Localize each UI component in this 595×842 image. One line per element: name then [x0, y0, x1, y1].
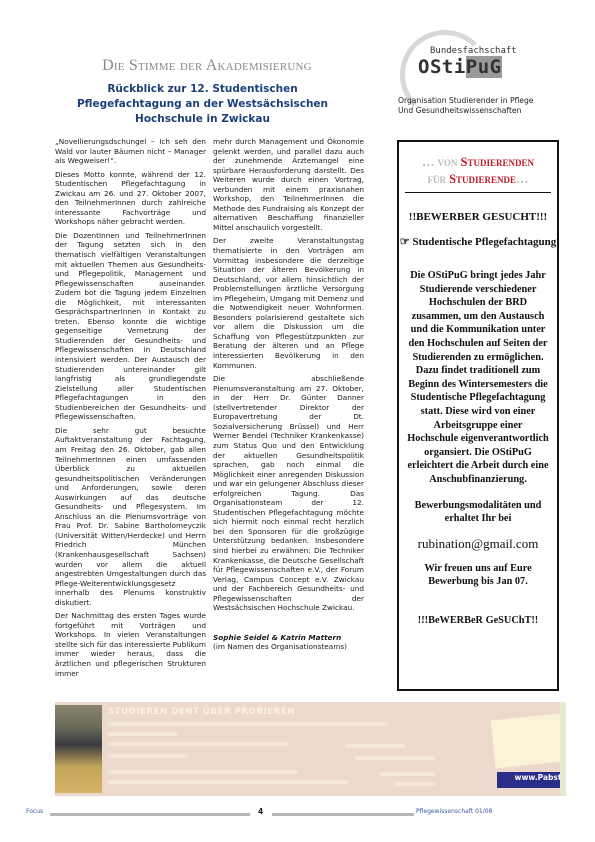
- paragraph: Der Nachmittag des ersten Tages wurde fo…: [55, 611, 206, 678]
- ad-side-strip: [560, 702, 566, 796]
- paragraph: mehr durch Management und Ökonomie gelen…: [213, 137, 364, 232]
- paragraph: „Novellierungsdschungel – Ich seh den Wa…: [55, 137, 206, 166]
- infobox-footer: !!!BeWERBeR GeSUChT!!: [399, 615, 557, 626]
- infobox-closing: Wir freuen uns auf Eure Bewerbung bis Ja…: [407, 562, 549, 589]
- ad-price-line: [345, 744, 405, 748]
- page-number: 4: [258, 807, 263, 816]
- ad-sticky-note: [491, 712, 560, 769]
- logo-name-part1: OSti: [418, 56, 466, 78]
- footer-section: Focus: [26, 808, 43, 815]
- ad-price-line: [380, 772, 435, 776]
- ad-text-line: [108, 780, 348, 784]
- infobox-banner: … von Studierenden für Studierende…: [405, 154, 551, 193]
- infobox-contact: Bewerbungsmodalitäten und erhaltet Ihr b…: [407, 499, 549, 526]
- ad-text-line: [108, 770, 298, 774]
- applicants-wanted-box: … von Studierenden für Studierende… !!BE…: [397, 140, 559, 691]
- banner-text: …: [516, 172, 529, 186]
- ad-price-line: [355, 756, 435, 760]
- article-headline: Rückblick zur 12. Studentischen Pflegefa…: [55, 82, 350, 127]
- ad-price-line: [395, 782, 435, 786]
- org-line-2: Und Gesundheitswissenschaften: [398, 106, 595, 116]
- byline-note: (im Namen des Organisationsteams): [213, 642, 364, 652]
- byline-authors: Sophie Seidel & Katrin Mattern: [213, 633, 364, 643]
- page-footer: Focus 4 Pflegewissenschaft 01/08: [0, 808, 595, 822]
- ad-text-line: [108, 722, 388, 726]
- ad-headline: STUDIEREN DENT ÜBER PROBIEREN: [108, 707, 295, 717]
- ad-text-line: [108, 754, 188, 758]
- paragraph: Die sehr gut besuchte Auftaktveranstaltu…: [55, 426, 206, 607]
- byline: Sophie Seidel & Katrin Mattern (im Namen…: [213, 633, 364, 652]
- organisation-name: Organisation Studierender in Pflege Und …: [398, 96, 595, 116]
- banner-text: … von: [422, 155, 461, 169]
- ad-text-line: [108, 732, 178, 736]
- banner-text: für: [427, 172, 449, 186]
- advertisement[interactable]: STUDIEREN DENT ÜBER PROBIEREN www.Pabste…: [55, 702, 560, 796]
- ad-photo: [55, 705, 102, 793]
- bullet-text: Studentische Pflegefachtagung: [412, 236, 556, 248]
- infobox-title: !!BEWERBER GESUCHT!!!: [399, 211, 557, 223]
- logo-subtitle: Bundesfachschaft: [430, 46, 517, 56]
- article-column-1: „Novellierungsdschungel – Ich seh den Wa…: [55, 137, 206, 682]
- ad-text-line: [108, 742, 288, 746]
- footer-divider: [272, 813, 414, 816]
- footer-issue: Pflegewissenschaft 01/08: [416, 808, 492, 815]
- article-column-2: mehr durch Management und Ökonomie gelen…: [213, 137, 364, 652]
- infobox-bullet: ☞ Studentische Pflegefachtagung: [399, 235, 557, 249]
- section-title: Die Stimme der Akademisierung: [72, 57, 342, 75]
- org-line-1: Organisation Studierender in Pflege: [398, 96, 595, 106]
- paragraph: Der zweite Veranstaltungstag thematisier…: [213, 236, 364, 370]
- ad-url-banner[interactable]: www.PabstenNet.info: [497, 772, 560, 788]
- footer-divider: [50, 813, 250, 816]
- ostipug-logo: Bundesfachschaft OStiPuG: [398, 26, 588, 96]
- contact-email-link[interactable]: rubination@gmail.com: [399, 536, 557, 552]
- paragraph: Die abschließende Plenumsveranstaltung a…: [213, 374, 364, 613]
- pointing-hand-icon: ☞: [400, 236, 410, 248]
- ad-url: www.PabstenNet.info: [515, 773, 560, 782]
- infobox-body: Die OStiPuG bringt jedes Jahr Studierend…: [407, 269, 549, 487]
- paragraph: Die DozentInnen und TeilnehmerInnen der …: [55, 231, 206, 422]
- banner-text: Studierenden: [461, 155, 534, 169]
- banner-text: Studierende: [449, 172, 516, 186]
- logo-name-part2: PuG: [466, 56, 502, 78]
- logo-name: OStiPuG: [418, 56, 502, 78]
- paragraph: Dieses Motto konnte, während der 12. Stu…: [55, 170, 206, 227]
